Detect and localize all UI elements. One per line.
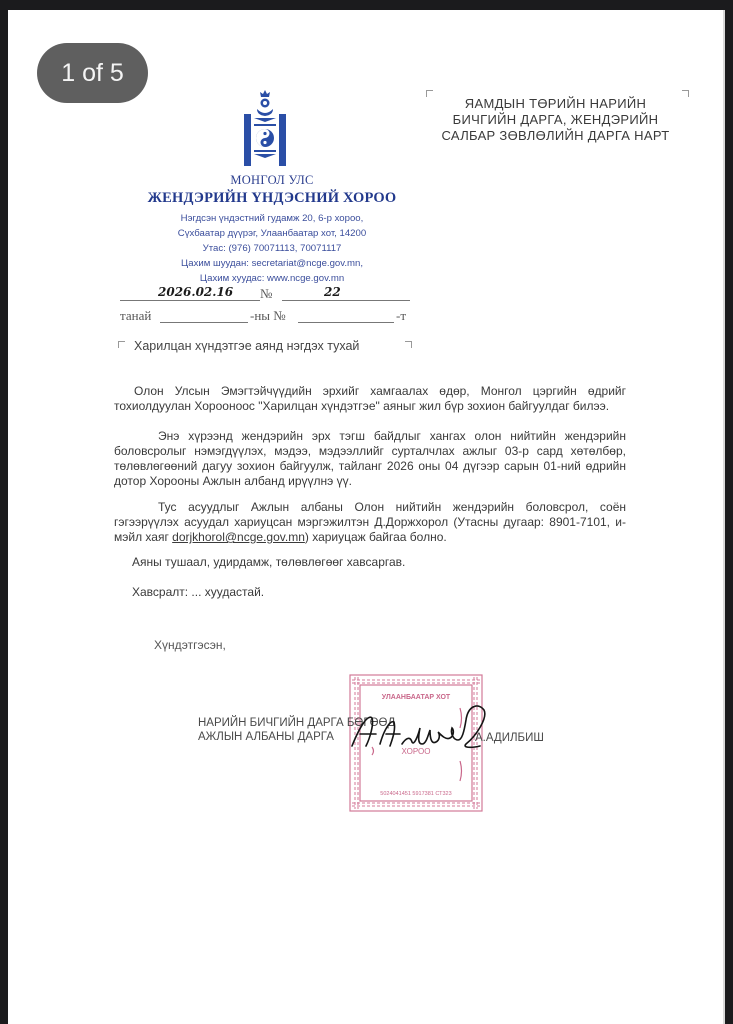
email-line: Цахим шуудан: secretariat@ncge.gov.mn, [138, 256, 406, 271]
stamp-bottom-text: 5024041451 5917381 СТ323 [380, 791, 451, 797]
attachment-note: Хавсралт: ... хуудастай. [132, 585, 644, 600]
paragraph-text-after: ) хариуцаж байгаа болно. [305, 530, 447, 544]
organization-block: МОНГОЛ УЛС ЖЕНДЭРИЙН ҮНДЭСНИЙ ХОРОО Нэгд… [138, 173, 406, 286]
bracket-corner [118, 341, 125, 348]
addressee-line-3: САЛБАР ЗӨВЛӨЛИЙН ДАРГА НАРТ [428, 128, 683, 144]
body-paragraph-2: Энэ хүрээнд жендэрийн эрх тэгш байдлыг х… [114, 429, 626, 489]
date-number-line: 2026.02.16 № 22 [120, 286, 410, 304]
address-line-2: Сүхбаатар дүүрэг, Улаанбаатар хот, 14200 [138, 226, 406, 241]
addressee-line-1: ЯАМДЫН ТӨРИЙН НАРИЙН [428, 96, 683, 112]
website-line: Цахим хуудас: www.ncge.gov.mn [138, 271, 406, 286]
number-symbol: № [260, 286, 272, 302]
addressee-line-2: БИЧГИЙН ДАРГА, ЖЕНДЭРИЙН [428, 112, 683, 128]
address-line-1: Нэгдсэн үндэстний гудамж 20, 6-р хороо, [138, 211, 406, 226]
paragraph-text: Энэ хүрээнд жендэрийн эрх тэгш байдлыг х… [114, 429, 626, 489]
bracket-corner [682, 90, 689, 97]
organization-name: ЖЕНДЭРИЙН ҮНДЭСНИЙ ХОРОО [138, 190, 406, 207]
body-paragraph-1: Олон Улсын Эмэгтэйчүүдийн эрхийг хамгаал… [114, 384, 626, 414]
page-indicator: 1 of 5 [37, 43, 148, 103]
subject-line: Харилцан хүндэтгэе аянд нэгдэх тухай [120, 339, 412, 357]
number-field: 22 [282, 286, 410, 301]
number-value: 22 [324, 285, 341, 299]
document-page: 1 of 5 МОНГОЛ УЛС ЖЕНДЭРИЙН ҮНДЭСНИЙ ХОР… [8, 10, 725, 1024]
addressee-block: ЯАМДЫН ТӨРИЙН НАРИЙН БИЧГИЙН ДАРГА, ЖЕНД… [428, 90, 683, 146]
your-reference-line: танай -ны № -т [120, 308, 410, 326]
your-number-field [298, 308, 394, 323]
your-number-label: -ны № [250, 308, 286, 324]
bracket-corner [426, 90, 433, 97]
handwritten-signature [346, 700, 496, 760]
your-date-field [160, 308, 248, 323]
email-link[interactable]: dorjkhorol@ncge.gov.mn [172, 530, 305, 544]
body-paragraph-4: Аяны тушаал, удирдамж, төлөвлөгөөг хавса… [132, 555, 644, 570]
paragraph-text: Олон Улсын Эмэгтэйчүүдийн эрхийг хамгаал… [114, 384, 626, 414]
date-field: 2026.02.16 [120, 286, 260, 301]
paragraph-text: Хавсралт: ... хуудастай. [132, 585, 644, 600]
your-number-suffix: -т [396, 308, 406, 324]
bracket-corner [405, 341, 412, 348]
phone-line: Утас: (976) 70071113, 70071117 [138, 241, 406, 256]
soyombo-emblem-icon [244, 90, 286, 168]
date-value: 2026.02.16 [158, 285, 233, 299]
paragraph-text: Тус асуудлыг Ажлын албаны Олон нийтийн ж… [114, 500, 626, 545]
paragraph-text: Аяны тушаал, удирдамж, төлөвлөгөөг хавса… [132, 555, 644, 570]
closing-text: Хүндэтгэсэн, [154, 638, 226, 652]
body-paragraph-3: Тус асуудлыг Ажлын албаны Олон нийтийн ж… [114, 500, 626, 545]
signatory-name: А.АДИЛБИШ [475, 732, 544, 744]
subject-text: Харилцан хүндэтгэе аянд нэгдэх тухай [134, 339, 359, 353]
your-label: танай [120, 308, 151, 324]
country-name: МОНГОЛ УЛС [138, 173, 406, 188]
